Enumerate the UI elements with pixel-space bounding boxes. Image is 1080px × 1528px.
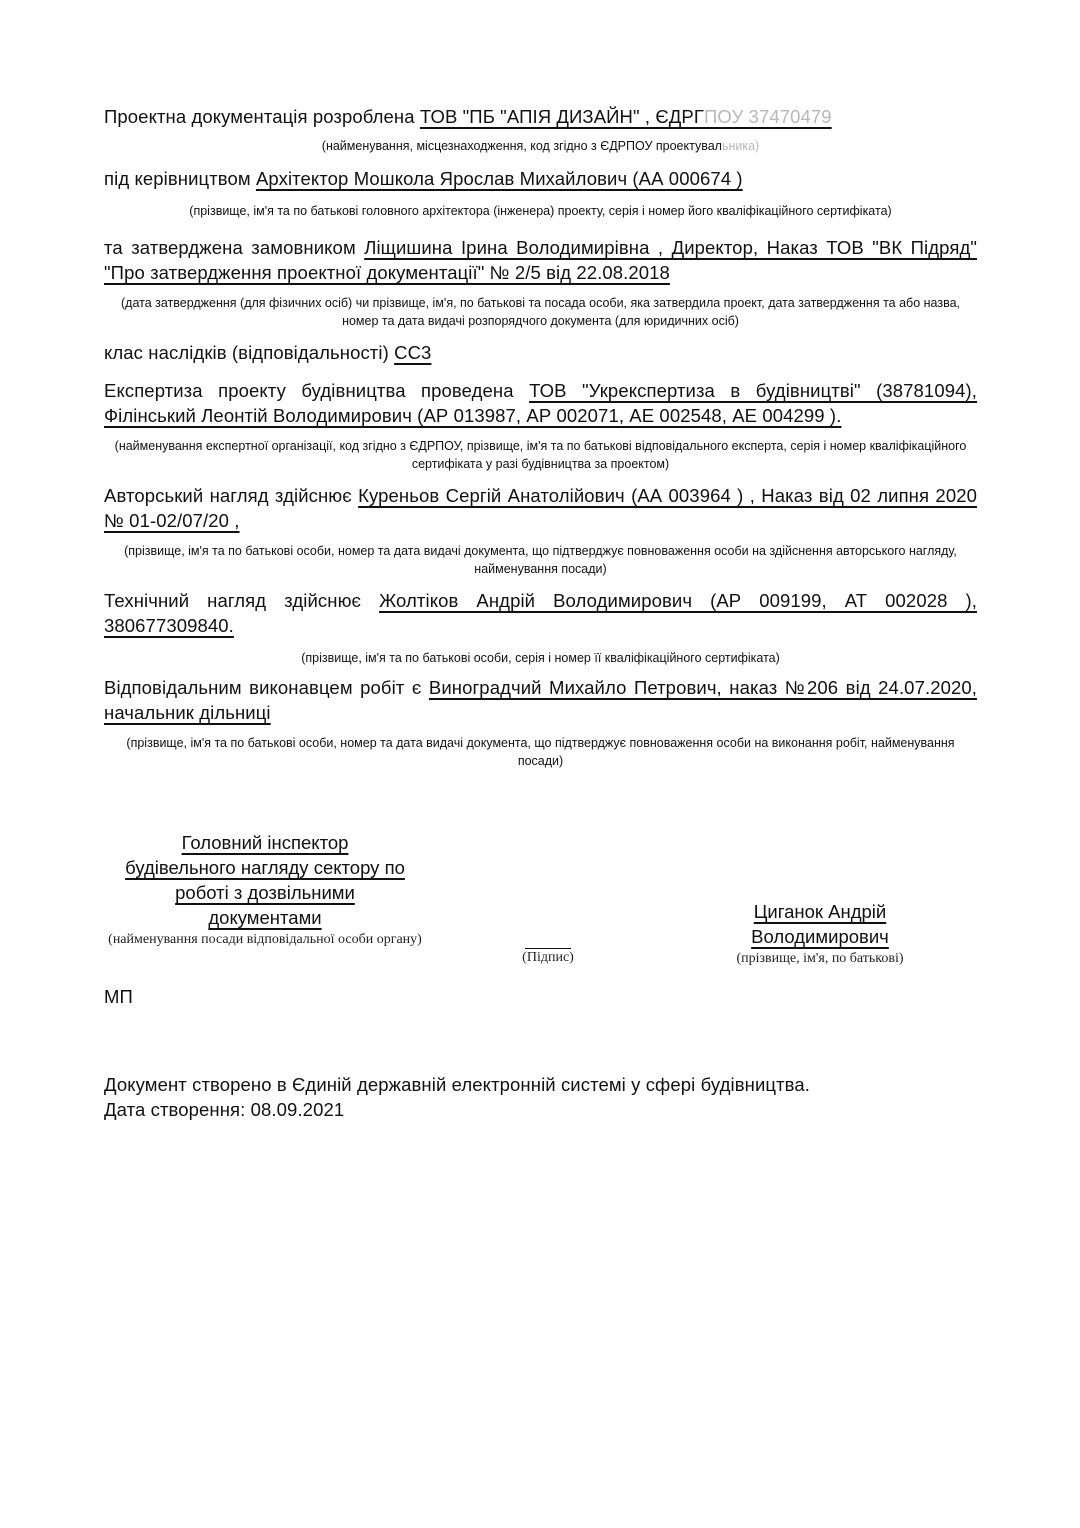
approval-note: (дата затвердження (для фізичних осіб) ч…	[104, 294, 977, 330]
author-supervision-section: Авторський нагляд здійснює Куреньов Серг…	[104, 483, 977, 578]
footer: Документ створено в Єдиній державній еле…	[104, 1072, 977, 1122]
author-supervision-label: Авторський нагляд здійснює	[104, 485, 358, 506]
designer-note: (найменування, місцезнаходження, код згі…	[104, 137, 977, 155]
architect-note: (прізвище, ім'я та по батькові головного…	[104, 202, 977, 220]
inspector-name-note: (прізвище, ім'я, по батькові)	[710, 949, 930, 969]
expertise-section: Експертиза проекту будівництва проведена…	[104, 378, 977, 473]
author-supervision-note: (прізвище, ім'я та по батькові особи, но…	[104, 542, 977, 578]
designer-line: Проектна документація розроблена ТОВ "ПБ…	[104, 104, 977, 129]
responsible-executor-line: Відповідальним виконавцем робіт є Виногр…	[104, 675, 977, 725]
consequence-class-value: СС3	[394, 342, 431, 363]
architect-label: під керівництвом	[104, 168, 256, 189]
stamp-mark: МП	[104, 984, 977, 1009]
consequence-class-section: клас наслідків (відповідальності) СС3	[104, 340, 977, 365]
footer-created-date: Дата створення: 08.09.2021	[104, 1097, 977, 1122]
technical-supervision-label: Технічний нагляд здійснює	[104, 590, 379, 611]
responsible-executor-section: Відповідальним виконавцем робіт є Виногр…	[104, 675, 977, 770]
inspector-name-block: Циганок Андрій Володимирович (прізвище, …	[710, 899, 930, 969]
approval-line: та затверджена замовником Ліщишина Ірина…	[104, 235, 977, 285]
approval-section: та затверджена замовником Ліщишина Ірина…	[104, 235, 977, 330]
designer-label: Проектна документація розроблена	[104, 106, 420, 127]
designer-section: Проектна документація розроблена ТОВ "ПБ…	[104, 104, 977, 155]
architect-line: під керівництвом Архітектор Мошкола Ярос…	[104, 166, 977, 191]
technical-supervision-line: Технічний нагляд здійснює Жолтіков Андрі…	[104, 588, 977, 638]
author-supervision-line: Авторський нагляд здійснює Куреньов Серг…	[104, 483, 977, 533]
inspector-name: Циганок Андрій Володимирович	[710, 899, 930, 949]
designer-value: ТОВ "ПБ "АПІЯ ДИЗАЙН" , ЄДРГПОУ 37470479	[420, 106, 832, 127]
approval-label: та затверджена замовником	[104, 237, 364, 258]
consequence-class-line: клас наслідків (відповідальності) СС3	[104, 340, 977, 365]
architect-section: під керівництвом Архітектор Мошкола Ярос…	[104, 166, 977, 220]
position-title: Головний інспектор будівельного нагляду …	[104, 830, 426, 930]
position-block: Головний інспектор будівельного нагляду …	[104, 830, 426, 950]
consequence-class-label: клас наслідків (відповідальності)	[104, 342, 394, 363]
technical-supervision-section: Технічний нагляд здійснює Жолтіков Андрі…	[104, 588, 977, 667]
expertise-note: (найменування експертної організації, ко…	[104, 437, 977, 473]
architect-value: Архітектор Мошкола Ярослав Михайлович (А…	[256, 168, 743, 189]
signature-block: (Підпис)	[488, 936, 608, 968]
technical-supervision-note: (прізвище, ім'я та по батькові особи, се…	[104, 649, 977, 667]
responsible-executor-note: (прізвище, ім'я та по батькові особи, но…	[104, 734, 977, 770]
position-note: (найменування посади відповідальної особ…	[104, 930, 426, 950]
expertise-label: Експертиза проекту будівництва проведена	[104, 380, 529, 401]
footer-created-in: Документ створено в Єдиній державній еле…	[104, 1072, 977, 1097]
signature-note: (Підпис)	[488, 948, 608, 968]
expertise-line: Експертиза проекту будівництва проведена…	[104, 378, 977, 428]
responsible-executor-label: Відповідальним виконавцем робіт є	[104, 677, 429, 698]
